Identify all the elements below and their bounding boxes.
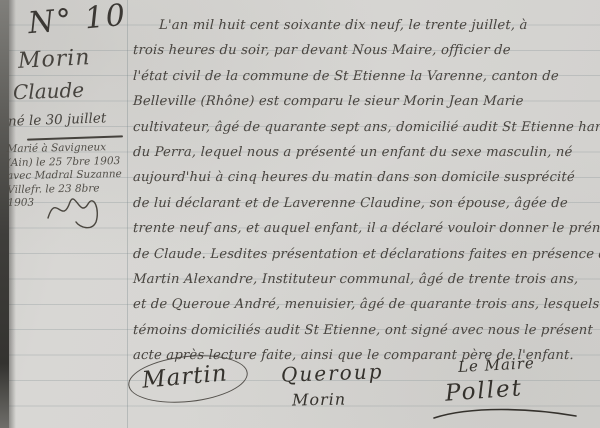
act-line: trente neuf ans, et auquel enfant, il a …	[133, 216, 598, 241]
margin-surname: Morin	[17, 45, 91, 74]
act-line: Belleville (Rhône) est comparu le sieur …	[133, 89, 598, 114]
act-line: Martin Alexandre, Instituteur communal, …	[133, 267, 598, 292]
signature-flourish-icon	[42, 188, 104, 232]
act-line: l'état civil de la commune de St Etienne…	[133, 64, 598, 89]
binding-edge	[0, 0, 9, 428]
binding-shadow	[9, 0, 16, 428]
mayor-title: Le Maire	[458, 354, 536, 376]
signature-pollet: Pollet	[444, 375, 524, 406]
marriage-note-line: avec Madral Suzanne	[7, 168, 127, 184]
signature-morin: Morin	[292, 390, 346, 410]
act-line: du Perra, lequel nous a présenté un enfa…	[133, 140, 598, 165]
signature-queroup: Queroup	[281, 359, 384, 387]
register-page: N° 10 Morin Claude né le 30 juillet Mari…	[0, 0, 600, 428]
margin-separator-stroke	[27, 135, 123, 140]
act-line: de Claude. Lesdites présentation et décl…	[133, 242, 598, 267]
margin-given-name: Claude	[13, 78, 85, 104]
act-line: trois heures du soir, par devant Nous Ma…	[133, 38, 598, 63]
margin-birth-note: né le 30 juillet	[8, 110, 107, 129]
act-line: aujourd'hui à cinq heures du matin dans …	[133, 165, 598, 190]
act-line: témoins domiciliés audit St Etienne, ont…	[133, 318, 598, 343]
act-line: et de Queroue André, menuisier, âgé de q…	[133, 292, 598, 317]
pollet-signature-swash	[430, 404, 580, 424]
act-line: L'an mil huit cent soixante dix neuf, le…	[133, 13, 598, 38]
margin-divider-line	[127, 0, 128, 428]
act-line: cultivateur, âgé de quarante sept ans, d…	[133, 115, 598, 140]
act-line: de lui déclarant et de Laverenne Claudin…	[133, 191, 598, 216]
act-body: L'an mil huit cent soixante dix neuf, le…	[133, 13, 597, 369]
act-number: N° 10	[27, 0, 129, 41]
